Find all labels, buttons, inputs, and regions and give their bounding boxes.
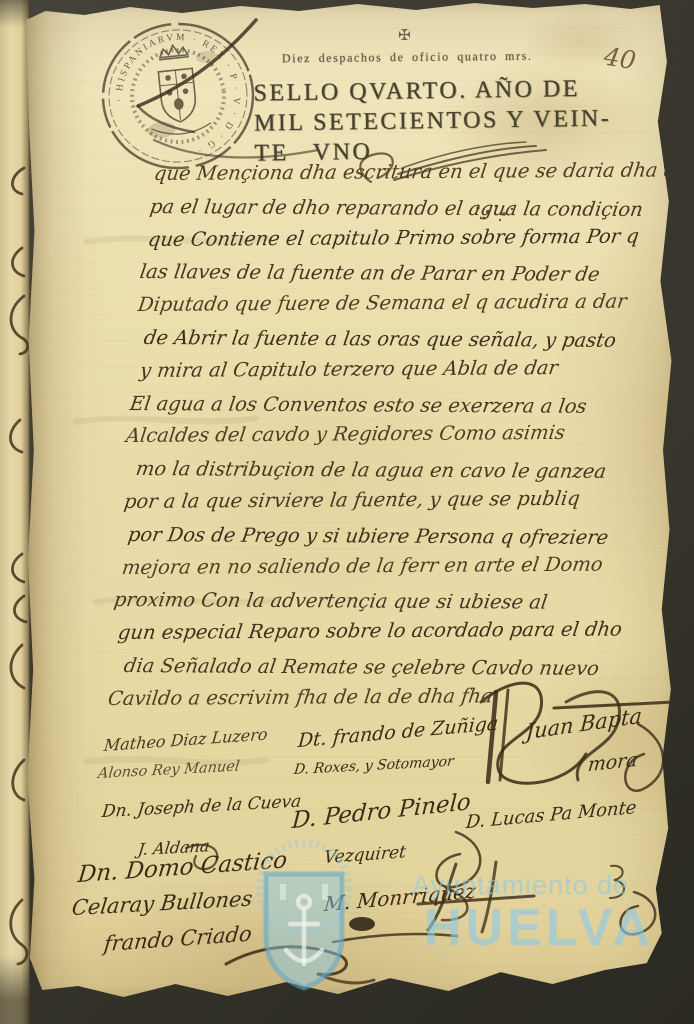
- signature: mora: [587, 749, 639, 777]
- signature: D. Lucas Pa Monte: [465, 797, 637, 833]
- title-line-1: SELLO QVARTO. AÑO DE: [253, 74, 611, 109]
- manuscript-line: y mira al Capitulo terzero que Abla de d…: [138, 351, 678, 388]
- signature: Dt. frando de Zuñiga: [297, 712, 499, 752]
- signature: Vezquiret: [323, 842, 407, 868]
- royal-seal: · HISPANIARVM · REX · P · V · D · G ·: [96, 17, 260, 176]
- folio-number: 40: [602, 42, 638, 76]
- manuscript-line: Alcaldes del cavdo y Regidores Como asim…: [124, 417, 678, 454]
- manuscript-body: que Mençiona dha escritura en el que se …: [26, 158, 676, 716]
- signature: Matheo Diaz Luzero: [103, 724, 269, 755]
- previous-page-edge: [0, 0, 30, 1024]
- signature: Alonso Rey Manuel: [97, 759, 240, 783]
- title-line-2: MIL SETECIENTOS Y VEIN-: [254, 104, 612, 139]
- manuscript-line: por a la que sirviere la fuente, y que s…: [122, 482, 678, 519]
- signature: Dn. Joseph de la Cueva: [101, 791, 303, 822]
- seal-coat-of-arms: [143, 42, 212, 137]
- svg-text:· HISPANIARVM · REX · P · V ·: · HISPANIARVM · REX · P · V · D · G ·: [109, 27, 247, 164]
- maltese-cross-icon: ✠: [398, 26, 411, 44]
- manuscript-line: mejora en no saliendo de la ferr en arte…: [120, 548, 678, 585]
- manuscript-page: · HISPANIARVM · REX · P · V · D · G ·: [26, 2, 676, 998]
- seal-legend: · HISPANIARVM · REX · P · V · D · G ·: [109, 27, 247, 164]
- signature: Celaray Bullones: [71, 886, 254, 920]
- previous-page-ink-fragments: [0, 0, 30, 1024]
- tax-tariff-line: Diez despachos de oficio quatro mrs.: [282, 49, 533, 67]
- signature: frando Criado: [103, 922, 253, 957]
- manuscript-line: que Contiene el capitulo Primo sobre for…: [146, 220, 678, 257]
- signature: D. Roxes, y Sotomayor: [293, 754, 455, 778]
- scanned-document-photo: · HISPANIARVM · REX · P · V · D · G ·: [0, 0, 694, 1024]
- manuscript-line: gun especial Reparo sobre lo acordado pa…: [116, 613, 678, 650]
- signature: D. Pedro Pinelo: [291, 789, 471, 834]
- manuscript-line: Diputado que fuere de Semana el q acudir…: [136, 285, 678, 322]
- signature: M. Monrriquez: [323, 879, 477, 917]
- manuscript-line: que Mençiona dha escritura en el que se …: [152, 154, 678, 190]
